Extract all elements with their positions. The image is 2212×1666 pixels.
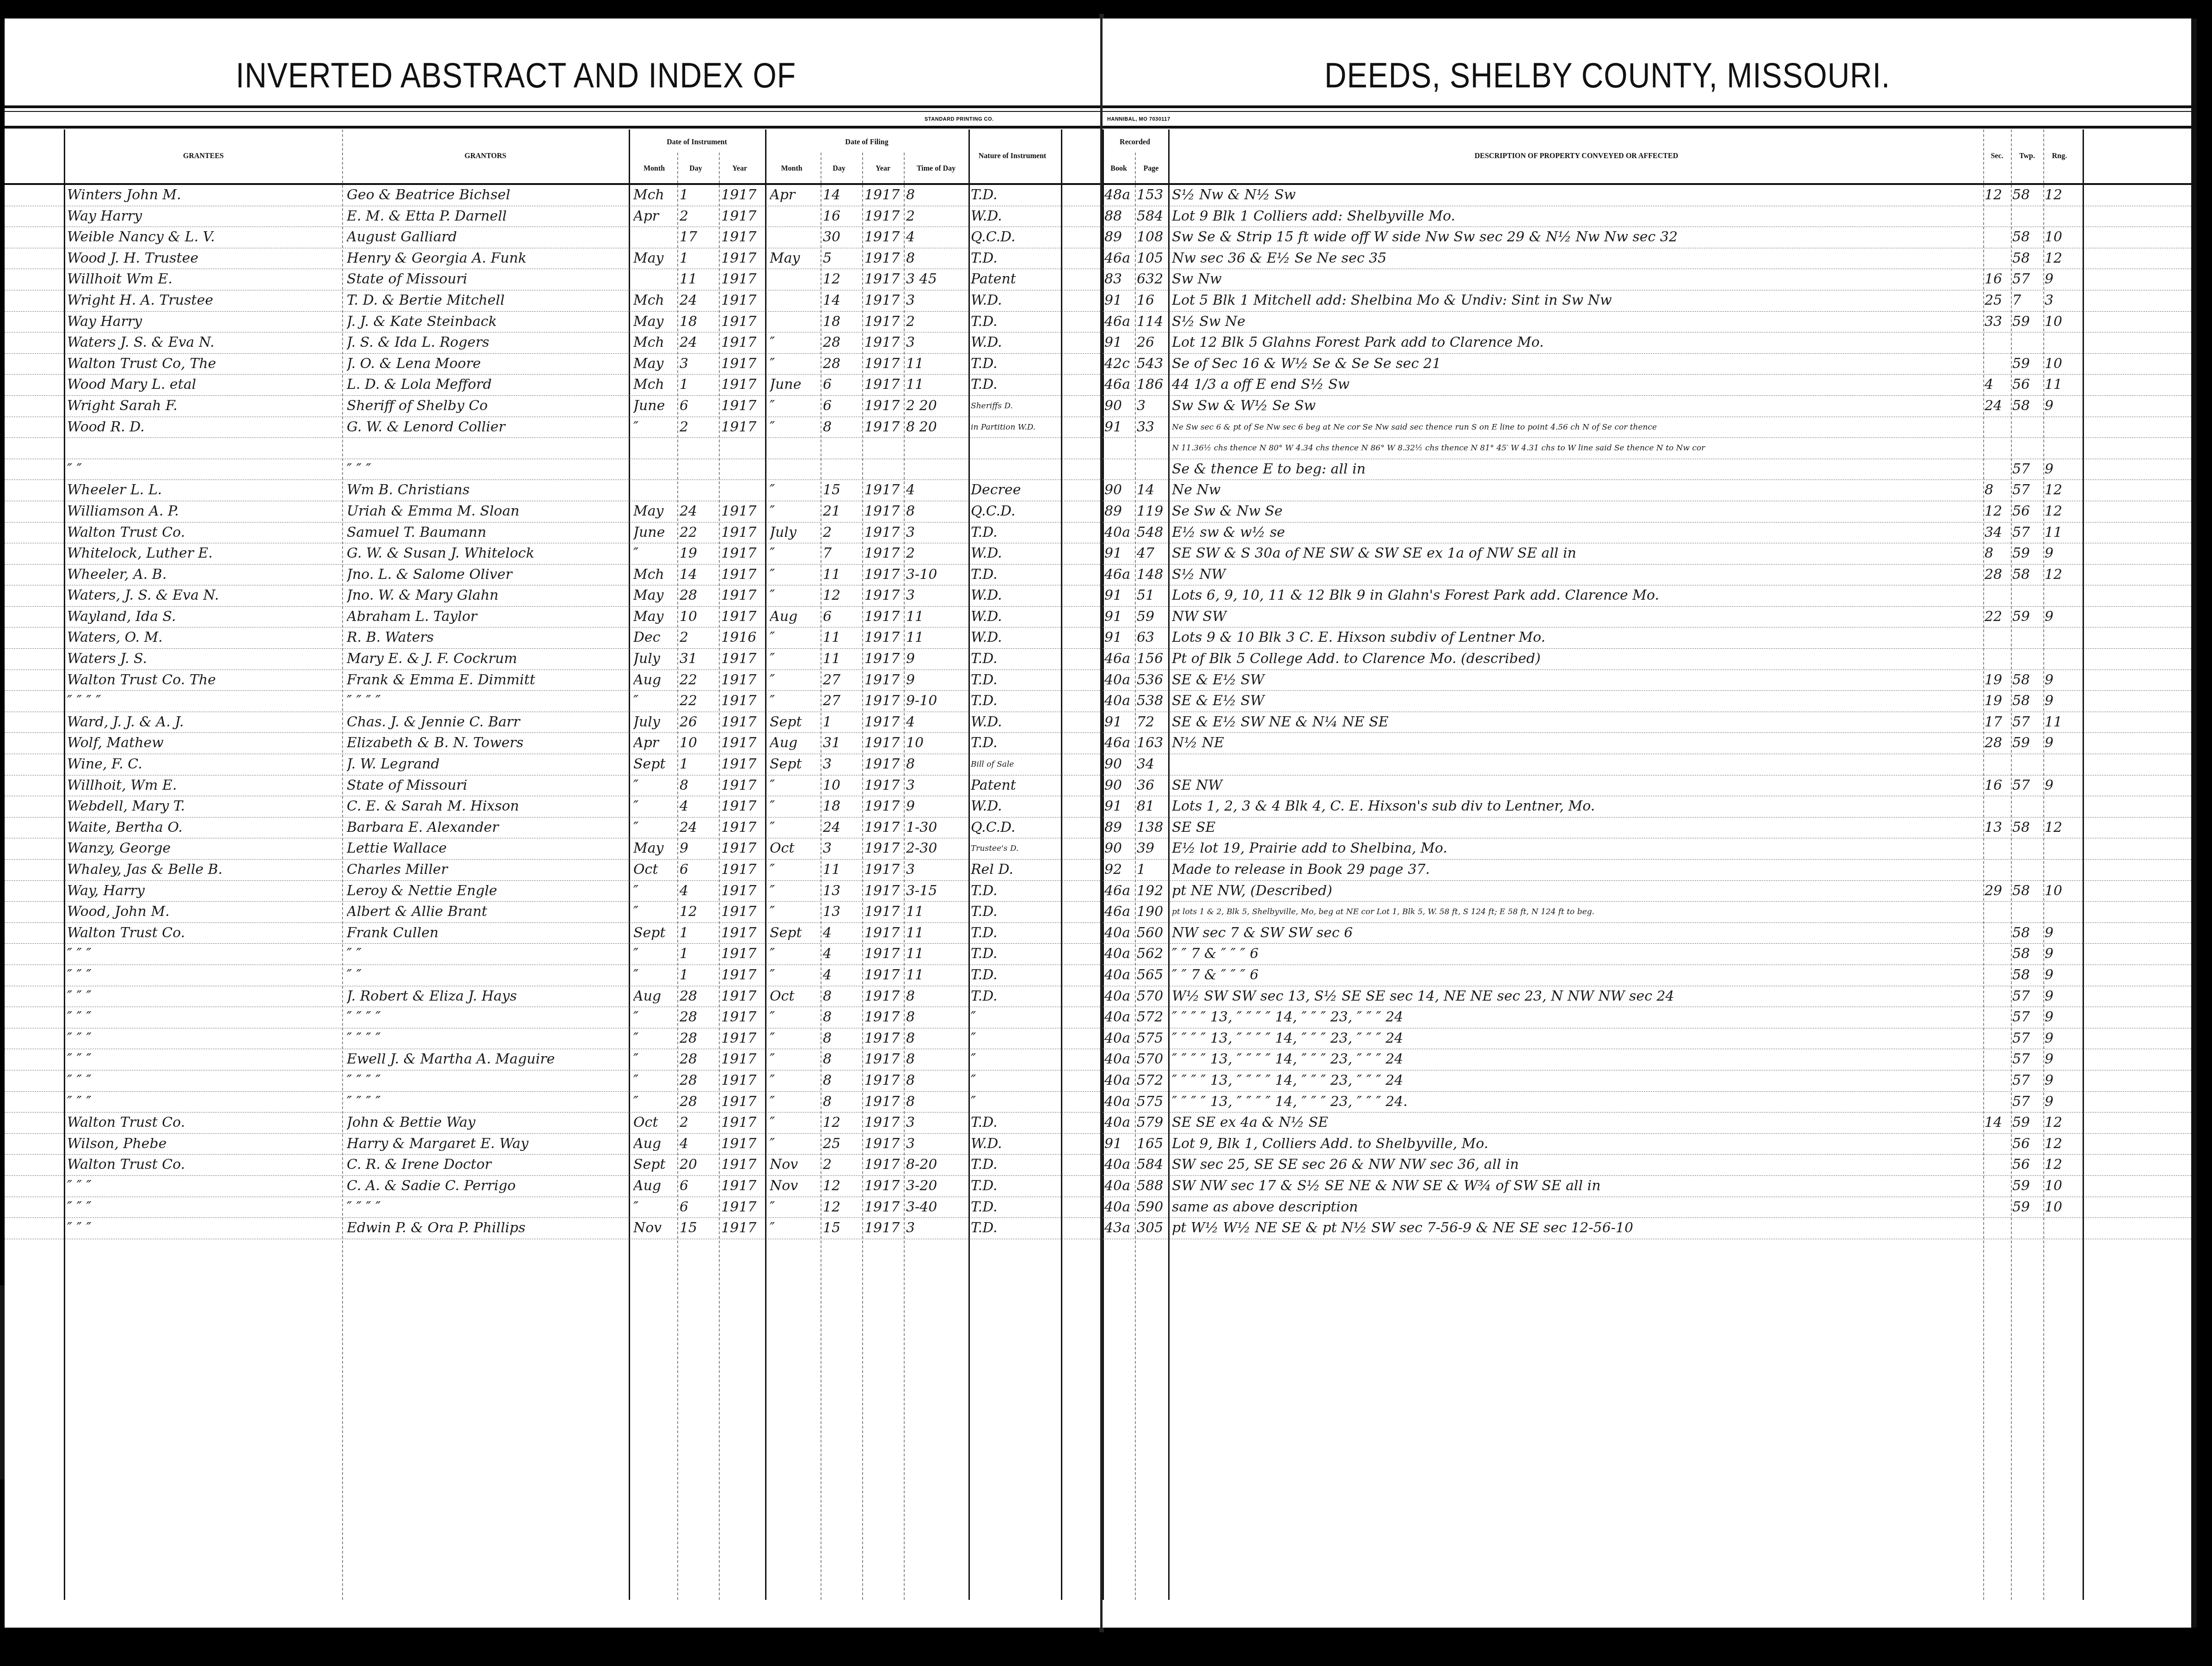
twp-cell: 58 bbox=[2012, 672, 2043, 688]
nature-cell: W.D. bbox=[971, 545, 1061, 561]
filing-month-cell: ″ bbox=[770, 819, 821, 836]
header-book: Book bbox=[1103, 157, 1135, 180]
filing-day-cell: 25 bbox=[823, 1136, 862, 1152]
twp-cell: 59 bbox=[2012, 1114, 2043, 1131]
filing-year-cell: 1917 bbox=[864, 988, 904, 1004]
ledger-row: Wheeler L. L.Wm B. Christians″1519174Dec… bbox=[5, 480, 1100, 501]
book-cell: 91 bbox=[1104, 629, 1135, 645]
nature-cell: ″ bbox=[971, 1030, 1061, 1046]
instrument-day-cell: 20 bbox=[680, 1156, 717, 1173]
page-cell: 39 bbox=[1137, 840, 1168, 856]
ledger-row: ″ ″ ″C. A. & Sadie C. PerrigoAug61917Nov… bbox=[5, 1176, 1100, 1197]
instrument-day-cell: 4 bbox=[680, 883, 717, 899]
ledger-row: Way, HarryLeroy & Nettie Engle″41917″131… bbox=[5, 881, 1100, 902]
ledger-row: ″ ″ ″″ ″ ″ ″″281917″819178″ bbox=[5, 1007, 1100, 1028]
instrument-month-cell: ″ bbox=[633, 967, 677, 983]
page-cell: 72 bbox=[1137, 714, 1168, 730]
filing-month-cell: ″ bbox=[770, 566, 821, 583]
ledger-row: Wheeler, A. B.Jno. L. & Salome OliverMch… bbox=[5, 565, 1100, 586]
page-cell: 584 bbox=[1137, 208, 1168, 224]
filing-month-cell: ″ bbox=[770, 1136, 821, 1152]
ledger-row: Waters, J. S. & Eva N.Jno. W. & Mary Gla… bbox=[5, 585, 1100, 607]
divider bbox=[1103, 126, 2191, 129]
left-entries: Winters John M.Geo & Beatrice BichselMch… bbox=[5, 185, 1100, 1239]
instrument-year-cell: 1917 bbox=[721, 609, 765, 625]
ledger-row: 40a575″ ″ ″ ″ 13, ″ ″ ″ ″ 14, ″ ″ ″ 23, … bbox=[1103, 1028, 2191, 1050]
book-cell: 46a bbox=[1104, 314, 1135, 330]
instrument-year-cell: 1917 bbox=[721, 1114, 765, 1131]
filing-year-cell: 1917 bbox=[864, 1114, 904, 1131]
nature-cell: T.D. bbox=[971, 904, 1061, 920]
book-cell: 40a bbox=[1104, 946, 1135, 962]
grantee-cell: Walton Trust Co. bbox=[67, 925, 340, 941]
filing-month-cell: Aug bbox=[770, 735, 821, 751]
instrument-day-cell: 10 bbox=[680, 735, 717, 751]
filing-year-cell: 1917 bbox=[864, 545, 904, 561]
ledger-row: Wanzy, GeorgeLettie WallaceMay91917Oct31… bbox=[5, 838, 1100, 860]
filing-year-cell: 1917 bbox=[864, 756, 904, 772]
filing-year-cell: 1917 bbox=[864, 503, 904, 519]
grantor-cell: Elizabeth & B. N. Towers bbox=[347, 735, 624, 751]
filing-month-cell: ″ bbox=[770, 503, 821, 519]
nature-cell: T.D. bbox=[971, 651, 1061, 667]
twp-cell: 58 bbox=[2012, 967, 2043, 983]
grantee-cell: Walton Trust Co. The bbox=[67, 672, 340, 688]
sec-cell: 12 bbox=[1985, 187, 2011, 203]
ledger-row: 40a588SW NW sec 17 & S½ SE NE & NW SE & … bbox=[1103, 1176, 2191, 1197]
ledger-row: 46a18644 1/3 a off E end S½ Sw45611 bbox=[1103, 375, 2191, 396]
instrument-month-cell: ″ bbox=[633, 419, 677, 435]
filing-year-cell: 1917 bbox=[864, 419, 904, 435]
description-cell: Se of Sec 16 & W½ Se & Se Se sec 21 bbox=[1172, 356, 1981, 372]
instrument-month-cell: Sept bbox=[633, 756, 677, 772]
page-cell: 108 bbox=[1137, 229, 1168, 245]
ledger-row: 46a114S½ Sw Ne335910 bbox=[1103, 312, 2191, 333]
ledger-row: 89138SE SE135812 bbox=[1103, 818, 2191, 839]
rng-cell: 12 bbox=[2045, 1136, 2082, 1152]
filing-day-cell: 6 bbox=[823, 398, 862, 414]
instrument-year-cell: 1917 bbox=[721, 883, 765, 899]
grantor-cell: G. W. & Susan J. Whitelock bbox=[347, 545, 624, 561]
ledger-row: Wine, F. C.J. W. LegrandSept11917Sept319… bbox=[5, 754, 1100, 775]
filing-year-cell: 1917 bbox=[864, 1030, 904, 1046]
page-cell: 562 bbox=[1137, 946, 1168, 962]
filing-year-cell: 1917 bbox=[864, 777, 904, 793]
filing-day-cell: 21 bbox=[823, 503, 862, 519]
nature-cell: T.D. bbox=[971, 1178, 1061, 1194]
header-date-of-filing: Date of Filing bbox=[765, 129, 968, 155]
instrument-year-cell: 1917 bbox=[721, 376, 765, 393]
page-cell: 153 bbox=[1137, 187, 1168, 203]
page-cell: 16 bbox=[1137, 292, 1168, 308]
instrument-year-cell: 1917 bbox=[721, 925, 765, 941]
twp-cell: 59 bbox=[2012, 1199, 2043, 1215]
description-cell: Se Sw & Nw Se bbox=[1172, 503, 1981, 519]
column-headers: GRANTEES GRANTORS Date of Instrument Mon… bbox=[5, 129, 1100, 183]
filing-day-cell: 13 bbox=[823, 883, 862, 899]
grantee-cell: Way Harry bbox=[67, 208, 340, 224]
grantee-cell: Willhoit, Wm E. bbox=[67, 777, 340, 793]
time-of-day-cell: 8 bbox=[906, 756, 968, 772]
twp-cell: 57 bbox=[2012, 482, 2043, 498]
instrument-month-cell: ″ bbox=[633, 693, 677, 709]
grantor-cell: Mary E. & J. F. Cockrum bbox=[347, 651, 624, 667]
time-of-day-cell: 8 bbox=[906, 1072, 968, 1088]
book-cell: 40a bbox=[1104, 967, 1135, 983]
grantee-cell: Waters, J. S. & Eva N. bbox=[67, 587, 340, 603]
instrument-month-cell: ″ bbox=[633, 946, 677, 962]
filing-day-cell: 28 bbox=[823, 356, 862, 372]
grantee-cell: Waite, Bertha O. bbox=[67, 819, 340, 836]
instrument-day-cell: 28 bbox=[680, 1030, 717, 1046]
page-cell: 47 bbox=[1137, 545, 1168, 561]
instrument-month-cell: Apr bbox=[633, 735, 677, 751]
ledger-row: 46a156Pt of Blk 5 College Add. to Claren… bbox=[1103, 649, 2191, 670]
book-cell: 90 bbox=[1104, 777, 1135, 793]
book-cell: 40a bbox=[1104, 1030, 1135, 1046]
ledger-row: Weible Nancy & L. V.August Galliard17191… bbox=[5, 227, 1100, 248]
grantee-cell: Whitelock, Luther E. bbox=[67, 545, 340, 561]
grantee-cell: Wine, F. C. bbox=[67, 756, 340, 772]
filing-month-cell: Aug bbox=[770, 609, 821, 625]
book-cell: 46a bbox=[1104, 250, 1135, 266]
grantee-cell: Wanzy, George bbox=[67, 840, 340, 856]
ledger-row: 43a305pt W½ W½ NE SE & pt N½ SW sec 7-56… bbox=[1103, 1218, 2191, 1239]
grantor-cell: Charles Miller bbox=[347, 861, 624, 878]
description-cell: Sw Se & Strip 15 ft wide off W side Nw S… bbox=[1172, 229, 1981, 245]
page-cell: 3 bbox=[1137, 398, 1168, 414]
grantor-cell: ″ ″ ″ ″ bbox=[347, 1009, 624, 1025]
filing-year-cell: 1917 bbox=[864, 334, 904, 350]
ledger-row: ″ ″ ″Ewell J. & Martha A. Maguire″281917… bbox=[5, 1049, 1100, 1070]
instrument-year-cell: 1917 bbox=[721, 967, 765, 983]
filing-year-cell: 1917 bbox=[864, 904, 904, 920]
instrument-day-cell: 6 bbox=[680, 1199, 717, 1215]
description-cell: Lots 6, 9, 10, 11 & 12 Blk 9 in Glahn's … bbox=[1172, 587, 1981, 603]
instrument-day-cell: 24 bbox=[680, 503, 717, 519]
nature-cell: ″ bbox=[971, 1072, 1061, 1088]
filing-day-cell: 12 bbox=[823, 1178, 862, 1194]
instrument-year-cell: 1917 bbox=[721, 1220, 765, 1236]
page-cell: 14 bbox=[1137, 482, 1168, 498]
book-cell: 91 bbox=[1104, 292, 1135, 308]
instrument-day-cell: 14 bbox=[680, 566, 717, 583]
nature-cell: W.D. bbox=[971, 334, 1061, 350]
book-cell: 40a bbox=[1104, 693, 1135, 709]
ledger-row: 40a590same as above description5910 bbox=[1103, 1197, 2191, 1218]
book-cell: 40a bbox=[1104, 1199, 1135, 1215]
rng-cell: 12 bbox=[2045, 250, 2082, 266]
page-cell: 572 bbox=[1137, 1009, 1168, 1025]
twp-cell: 57 bbox=[2012, 524, 2043, 541]
nature-cell: W.D. bbox=[971, 587, 1061, 603]
ledger-row: Whitelock, Luther E.G. W. & Susan J. Whi… bbox=[5, 543, 1100, 565]
filing-year-cell: 1917 bbox=[864, 314, 904, 330]
time-of-day-cell: 9-10 bbox=[906, 693, 968, 709]
filing-year-cell: 1917 bbox=[864, 356, 904, 372]
grantee-cell: Weible Nancy & L. V. bbox=[67, 229, 340, 245]
twp-cell: 57 bbox=[2012, 271, 2043, 287]
instrument-day-cell: 28 bbox=[680, 1009, 717, 1025]
filing-day-cell: 8 bbox=[823, 1030, 862, 1046]
instrument-year-cell: 1917 bbox=[721, 1136, 765, 1152]
filing-year-cell: 1917 bbox=[864, 946, 904, 962]
ledger-row: 40a560NW sec 7 & SW SW sec 6589 bbox=[1103, 923, 2191, 944]
filing-year-cell: 1917 bbox=[864, 271, 904, 287]
sec-cell: 16 bbox=[1985, 271, 2011, 287]
ledger-row: 9126Lot 12 Blk 5 Glahns Forest Park add … bbox=[1103, 332, 2191, 354]
nature-cell: T.D. bbox=[971, 356, 1061, 372]
ledger-row: Waters J. S.Mary E. & J. F. CockrumJuly3… bbox=[5, 649, 1100, 670]
instrument-day-cell: 28 bbox=[680, 1051, 717, 1067]
time-of-day-cell: 8 bbox=[906, 1094, 968, 1110]
book-cell: 40a bbox=[1104, 1072, 1135, 1088]
instrument-year-cell: 1917 bbox=[721, 1094, 765, 1110]
book-cell: 90 bbox=[1104, 398, 1135, 414]
instrument-year-cell: 1917 bbox=[721, 356, 765, 372]
page-cell: 570 bbox=[1137, 988, 1168, 1004]
sec-cell: 4 bbox=[1985, 376, 2011, 393]
ledger-row: ″ ″ ″″ ″ ″ ″″281917″819178″ bbox=[5, 1070, 1100, 1092]
filing-year-cell: 1917 bbox=[864, 1009, 904, 1025]
time-of-day-cell: 3-10 bbox=[906, 566, 968, 583]
instrument-day-cell: 22 bbox=[680, 524, 717, 541]
twp-cell: 56 bbox=[2012, 503, 2043, 519]
instrument-year-cell: 1917 bbox=[721, 672, 765, 688]
grantor-cell: Sheriff of Shelby Co bbox=[347, 398, 624, 414]
instrument-month-cell: May bbox=[633, 356, 677, 372]
ledger-row: 9163Lots 9 & 10 Blk 3 C. E. Hixson subdi… bbox=[1103, 627, 2191, 649]
time-of-day-cell: 3 bbox=[906, 1136, 968, 1152]
filing-day-cell: 15 bbox=[823, 1220, 862, 1236]
nature-cell: Q.C.D. bbox=[971, 819, 1061, 836]
page-cell: 305 bbox=[1137, 1220, 1168, 1236]
left-page-title: INVERTED ABSTRACT AND INDEX OF bbox=[236, 55, 796, 95]
book-cell: 91 bbox=[1104, 419, 1135, 435]
sec-cell: 34 bbox=[1985, 524, 2011, 541]
description-cell: SW sec 25, SE SE sec 26 & NW NW sec 36, … bbox=[1172, 1156, 1981, 1173]
filing-year-cell: 1917 bbox=[864, 1094, 904, 1110]
instrument-day-cell: 6 bbox=[680, 398, 717, 414]
ledger-row: Walton Trust Co.Frank CullenSept11917Sep… bbox=[5, 923, 1100, 944]
filing-day-cell: 5 bbox=[823, 250, 862, 266]
nature-cell: ″ bbox=[971, 1009, 1061, 1025]
grantee-cell: ″ ″ ″ ″ bbox=[67, 693, 340, 709]
ledger-row: 89108Sw Se & Strip 15 ft wide off W side… bbox=[1103, 227, 2191, 248]
description-cell: SE & E½ SW NE & N¼ NE SE bbox=[1172, 714, 1981, 730]
grantee-cell: Wheeler, A. B. bbox=[67, 566, 340, 583]
nature-cell: W.D. bbox=[971, 1136, 1061, 1152]
time-of-day-cell: 3 bbox=[906, 587, 968, 603]
description-cell: S½ Nw & N½ Sw bbox=[1172, 187, 1981, 203]
twp-cell: 57 bbox=[2012, 1009, 2043, 1025]
nature-cell: Patent bbox=[971, 271, 1061, 287]
rng-cell: 9 bbox=[2045, 735, 2082, 751]
instrument-month-cell: ″ bbox=[633, 1030, 677, 1046]
grantee-cell: ″ ″ ″ bbox=[67, 967, 340, 983]
filing-year-cell: 1917 bbox=[864, 609, 904, 625]
description-cell: same as above description bbox=[1172, 1199, 1981, 1215]
instrument-month-cell: ″ bbox=[633, 1199, 677, 1215]
filing-day-cell: 4 bbox=[823, 925, 862, 941]
printer-imprint: HANNIBAL, MO 7030117 bbox=[1107, 117, 1170, 122]
time-of-day-cell: 1-30 bbox=[906, 819, 968, 836]
filing-month-cell: Sept bbox=[770, 756, 821, 772]
filing-day-cell: 31 bbox=[823, 735, 862, 751]
page-cell: 536 bbox=[1137, 672, 1168, 688]
filing-month-cell: ″ bbox=[770, 334, 821, 350]
book-cell: 40a bbox=[1104, 1051, 1135, 1067]
description-cell: E½ sw & w½ se bbox=[1172, 524, 1981, 541]
instrument-day-cell: 10 bbox=[680, 609, 717, 625]
instrument-month-cell: Dec bbox=[633, 629, 677, 645]
filing-day-cell: 11 bbox=[823, 566, 862, 583]
nature-cell: in Partition W.D. bbox=[971, 423, 1061, 432]
grantor-cell: Harry & Margaret E. Way bbox=[347, 1136, 624, 1152]
description-cell: 44 1/3 a off E end S½ Sw bbox=[1172, 376, 1981, 393]
time-of-day-cell: 2 bbox=[906, 314, 968, 330]
twp-cell: 57 bbox=[2012, 1051, 2043, 1067]
grantee-cell: Wright Sarah F. bbox=[67, 398, 340, 414]
grantee-cell: Wood Mary L. etal bbox=[67, 376, 340, 393]
page-cell: 575 bbox=[1137, 1094, 1168, 1110]
ledger-row: Walton Trust Co.Samuel T. BaumannJune221… bbox=[5, 523, 1100, 544]
instrument-year-cell: 1917 bbox=[721, 1178, 765, 1194]
grantee-cell: Webdell, Mary T. bbox=[67, 798, 340, 814]
grantor-cell: Henry & Georgia A. Funk bbox=[347, 250, 624, 266]
ledger-row: 9181Lots 1, 2, 3 & 4 Blk 4, C. E. Hixson… bbox=[1103, 796, 2191, 818]
instrument-day-cell: 8 bbox=[680, 777, 717, 793]
ledger-row: Wood R. D.G. W. & Lenord Collier″21917″8… bbox=[5, 417, 1100, 438]
ledger-row: Whaley, Jas & Belle B.Charles MillerOct6… bbox=[5, 860, 1100, 881]
page-cell: 138 bbox=[1137, 819, 1168, 836]
header-time-of-day: Time of Day bbox=[906, 157, 966, 180]
filing-month-cell: ″ bbox=[770, 356, 821, 372]
nature-cell: T.D. bbox=[971, 967, 1061, 983]
description-cell: SE & E½ SW bbox=[1172, 672, 1981, 688]
grantor-cell: C. E. & Sarah M. Hixson bbox=[347, 798, 624, 814]
nature-cell: T.D. bbox=[971, 735, 1061, 751]
description-cell: Lot 5 Blk 1 Mitchell add: Shelbina Mo & … bbox=[1172, 292, 1981, 308]
ledger-row: ″ ″″ ″ ″ bbox=[5, 459, 1100, 480]
filing-day-cell: 7 bbox=[823, 545, 862, 561]
description-cell: NW sec 7 & SW SW sec 6 bbox=[1172, 925, 1981, 941]
twp-cell: 58 bbox=[2012, 250, 2043, 266]
grantee-cell: ″ ″ ″ bbox=[67, 1030, 340, 1046]
description-cell: SE SW & S 30a of NE SW & SW SE ex 1a of … bbox=[1172, 545, 1981, 561]
book-cell: 40a bbox=[1104, 1156, 1135, 1173]
ledger-row: Willhoit Wm E.State of Missouri111917121… bbox=[5, 269, 1100, 290]
filing-month-cell: ″ bbox=[770, 545, 821, 561]
instrument-day-cell: 2 bbox=[680, 629, 717, 645]
divider bbox=[5, 111, 1100, 112]
filing-month-cell: ″ bbox=[770, 1009, 821, 1025]
book-cell: 48a bbox=[1104, 187, 1135, 203]
sec-cell: 8 bbox=[1985, 545, 2011, 561]
sec-cell: 28 bbox=[1985, 735, 2011, 751]
time-of-day-cell: 2 bbox=[906, 545, 968, 561]
twp-cell: 58 bbox=[2012, 187, 2043, 203]
ledger-row: 9133Ne Sw sec 6 & pt of Se Nw sec 6 beg … bbox=[1103, 417, 2191, 438]
rng-cell: 11 bbox=[2045, 524, 2082, 541]
time-of-day-cell: 9 bbox=[906, 651, 968, 667]
time-of-day-cell: 4 bbox=[906, 229, 968, 245]
rng-cell: 9 bbox=[2045, 1030, 2082, 1046]
description-cell: SW NW sec 17 & S½ SE NE & NW SE & W¾ of … bbox=[1172, 1178, 1981, 1194]
page-cell: 34 bbox=[1137, 756, 1168, 772]
right-page-title: DEEDS, SHELBY COUNTY, MISSOURI. bbox=[1324, 55, 1890, 95]
filing-day-cell: 8 bbox=[823, 1072, 862, 1088]
nature-cell: Q.C.D. bbox=[971, 229, 1061, 245]
ledger-row: Wood, John M.Albert & Allie Brant″121917… bbox=[5, 902, 1100, 923]
header-grantees: GRANTEES bbox=[65, 129, 342, 183]
grantor-cell: ″ ″ ″ ″ bbox=[347, 1199, 624, 1215]
grantor-cell: ″ ″ ″ bbox=[347, 461, 624, 477]
grantor-cell: ″ ″ ″ ″ bbox=[347, 1072, 624, 1088]
instrument-day-cell: 1 bbox=[680, 925, 717, 941]
ledger-row: Walton Trust Co, TheJ. O. & Lena MooreMa… bbox=[5, 354, 1100, 375]
nature-cell: T.D. bbox=[971, 1199, 1061, 1215]
filing-month-cell: ″ bbox=[770, 883, 821, 899]
sec-cell: 33 bbox=[1985, 314, 2011, 330]
page-cell: 548 bbox=[1137, 524, 1168, 541]
nature-cell: T.D. bbox=[971, 693, 1061, 709]
instrument-month-cell: Mch bbox=[633, 566, 677, 583]
instrument-year-cell: 1917 bbox=[721, 566, 765, 583]
book-cell: 40a bbox=[1104, 1178, 1135, 1194]
ledger-row: Waite, Bertha O.Barbara E. Alexander″241… bbox=[5, 818, 1100, 839]
filing-day-cell: 1 bbox=[823, 714, 862, 730]
grantee-cell: Waters J. S. bbox=[67, 651, 340, 667]
grantor-cell: Chas. J. & Jennie C. Barr bbox=[347, 714, 624, 730]
grantee-cell: Wayland, Ida S. bbox=[67, 609, 340, 625]
grantor-cell: ″ ″ bbox=[347, 967, 624, 983]
twp-cell: 57 bbox=[2012, 777, 2043, 793]
instrument-month-cell: Mch bbox=[633, 187, 677, 203]
book-cell: 46a bbox=[1104, 735, 1135, 751]
twp-cell: 58 bbox=[2012, 819, 2043, 836]
grantor-cell: Albert & Allie Brant bbox=[347, 904, 624, 920]
description-cell: ″ ″ ″ ″ 13, ″ ″ ″ ″ 14, ″ ″ ″ 23, ″ ″ ″ … bbox=[1172, 1072, 1981, 1088]
rng-cell: 9 bbox=[2045, 988, 2082, 1004]
ledger-row: 40a572″ ″ ″ ″ 13, ″ ″ ″ ″ 14, ″ ″ ″ 23, … bbox=[1103, 1007, 2191, 1028]
rng-cell: 3 bbox=[2045, 292, 2082, 308]
time-of-day-cell: 11 bbox=[906, 967, 968, 983]
book-cell: 88 bbox=[1104, 208, 1135, 224]
ledger-row: ″ ″ ″″ ″ ″ ″″281917″819178″ bbox=[5, 1092, 1100, 1113]
instrument-year-cell: 1917 bbox=[721, 1072, 765, 1088]
filing-year-cell: 1917 bbox=[864, 840, 904, 856]
page-cell: 192 bbox=[1137, 883, 1168, 899]
grantor-cell: C. R. & Irene Doctor bbox=[347, 1156, 624, 1173]
nature-cell: W.D. bbox=[971, 629, 1061, 645]
filing-month-cell: Apr bbox=[770, 187, 821, 203]
filing-year-cell: 1917 bbox=[864, 819, 904, 836]
description-cell: Ne Nw bbox=[1172, 482, 1981, 498]
rng-cell: 9 bbox=[2045, 693, 2082, 709]
time-of-day-cell: 2 20 bbox=[906, 398, 968, 414]
grantee-cell: ″ ″ bbox=[67, 461, 340, 477]
instrument-day-cell: 18 bbox=[680, 314, 717, 330]
ledger-row: Se & thence E to beg: all in579 bbox=[1103, 459, 2191, 480]
rng-cell: 9 bbox=[2045, 672, 2082, 688]
book-cell: 91 bbox=[1104, 587, 1135, 603]
ledger-row: Wood Mary L. etalL. D. & Lola MeffordMch… bbox=[5, 375, 1100, 396]
instrument-month-cell: Oct bbox=[633, 861, 677, 878]
instrument-month-cell: ″ bbox=[633, 1072, 677, 1088]
instrument-day-cell: 2 bbox=[680, 208, 717, 224]
ledger-row: ″ ″ ″″ ″ ″ ″″61917″1219173-40T.D. bbox=[5, 1197, 1100, 1218]
